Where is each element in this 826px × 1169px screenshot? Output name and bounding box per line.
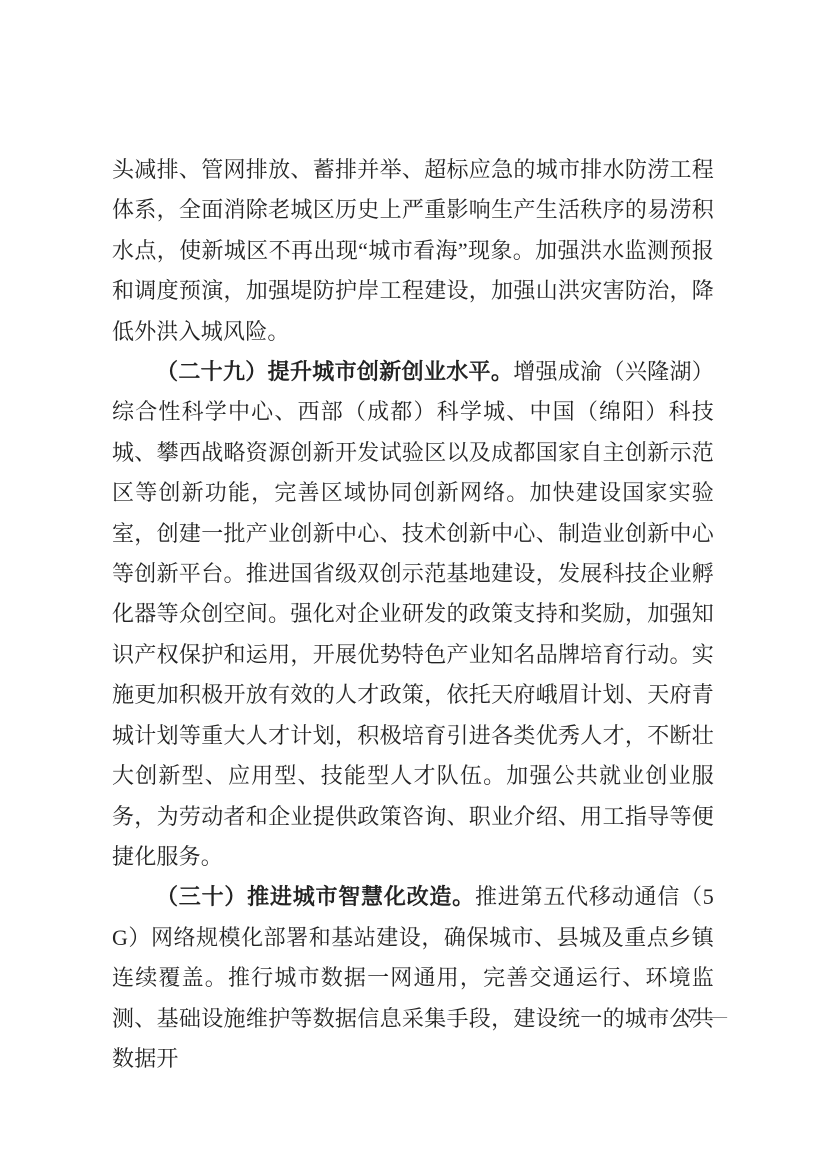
paragraph-29-heading: （二十九）提升城市创新创业水平。 xyxy=(156,359,513,384)
document-text-block: 头减排、管网排放、蓄排并举、超标应急的城市排水防涝工程体系，全面消除老城区历史上… xyxy=(112,150,714,1079)
paragraph-30-smart-city: （三十）推进城市智慧化改造。推进第五代移动通信（5G）网络规模化部署和基站建设，… xyxy=(112,877,714,1079)
paragraph-text: 增强成渝（兴隆湖）综合性科学中心、西部（成都）科学城、中国（绵阳）科技城、攀西战… xyxy=(112,359,714,869)
paragraph-30-heading: （三十）推进城市智慧化改造。 xyxy=(156,884,475,909)
page-number-value: 17 xyxy=(678,1006,697,1027)
paragraph-29-innovation: （二十九）提升城市创新创业水平。增强成渝（兴隆湖）综合性科学中心、西部（成都）科… xyxy=(112,352,714,877)
page-number: —17— xyxy=(648,1004,727,1030)
paragraph-text: 推进第五代移动通信（5G）网络规模化部署和基站建设，确保城市、县城及重点乡镇连续… xyxy=(112,884,714,1071)
document-page: 头减排、管网排放、蓄排并举、超标应急的城市排水防涝工程体系，全面消除老城区历史上… xyxy=(0,0,826,1169)
paragraph-text: 头减排、管网排放、蓄排并举、超标应急的城市排水防涝工程体系，全面消除老城区历史上… xyxy=(112,157,714,344)
paragraph-flood-control-continuation: 头减排、管网排放、蓄排并举、超标应急的城市排水防涝工程体系，全面消除老城区历史上… xyxy=(112,150,714,352)
page-number-dash-right: — xyxy=(708,1006,727,1027)
page-number-dash-left: — xyxy=(648,1006,667,1027)
